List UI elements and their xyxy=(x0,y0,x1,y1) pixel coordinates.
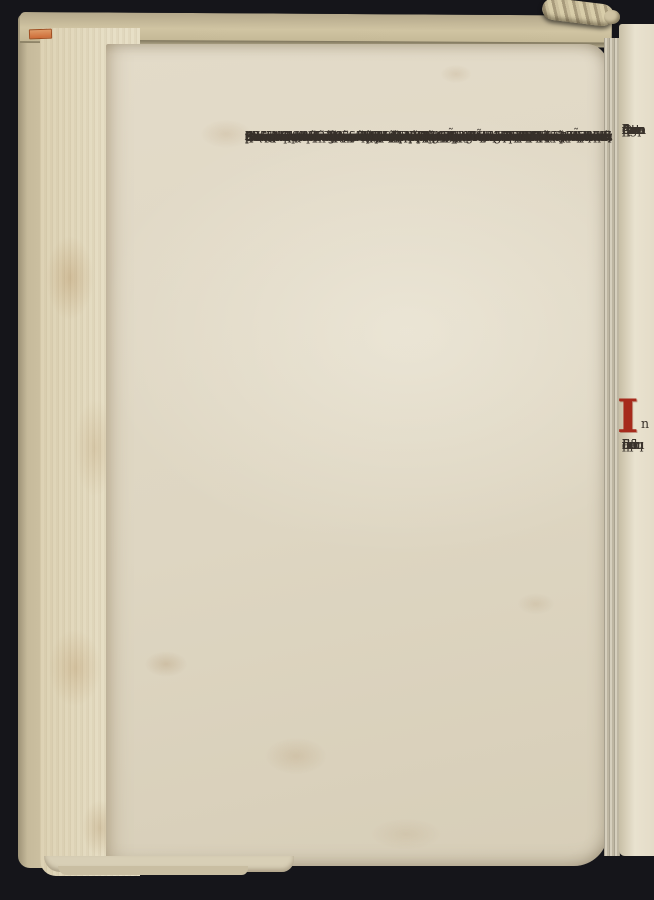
main-text-block: Pars altera uena eiuſdē breuis qdē ſed c… xyxy=(245,129,612,685)
rubric-initial-following-letter: n xyxy=(641,416,649,431)
book-photo: produnAteperſtraQuducomqueratinſer& pbub… xyxy=(0,0,654,900)
shelf-label-sticker xyxy=(29,29,52,40)
spine-headband-knob xyxy=(604,10,620,24)
printed-text-line: Ramis etiam tum abortę: tum etiam maiori… xyxy=(245,129,612,145)
bottom-page-corners xyxy=(58,866,248,875)
facing-page: produnAteperſtraQuducomqueratinſer& pbub… xyxy=(619,24,654,856)
